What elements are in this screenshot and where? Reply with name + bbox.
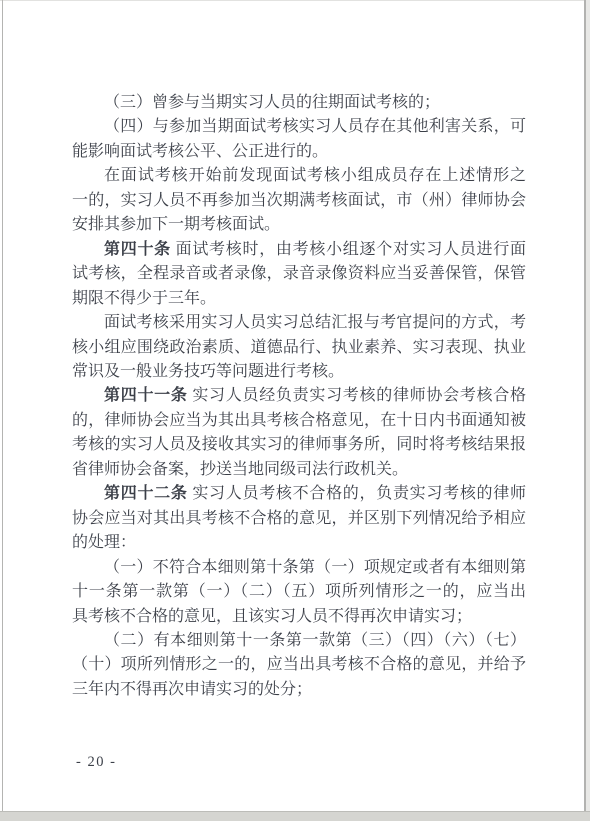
document-text: （三）曾参与当期实习人员的往期面试考核的；（四）与参加当期面试考核实习人员存在其… [72, 91, 526, 702]
text-line: 在面试考核开始前发现面试考核小组成员存在上述情形之 [72, 164, 526, 188]
text-line: 能影响面试考核公平、公正进行的。 [72, 140, 526, 164]
article-number: 第四十一条 [104, 387, 188, 404]
text-line: （四）与参加当期面试考核实习人员存在其他利害关系，可 [72, 115, 526, 139]
text-line: （十）项所列情形之一的，应当出具考核不合格的意见，并给予 [72, 653, 526, 677]
text-line: 省律师协会备案，抄送当地同级司法行政机关。 [72, 458, 526, 482]
text-line: 的，律师协会应当为其出具考核合格意见，在十日内书面通知被 [72, 409, 526, 433]
text-line: 三年内不得再次申请实习的处分； [72, 678, 526, 702]
text-line: 试考核，全程录音或者录像，录音录像资料应当妥善保管，保管 [72, 262, 526, 286]
text-line: 安排其参加下一期考核面试。 [72, 213, 526, 237]
text-line: 考核的实习人员及接收其实习的律师事务所，同时将考核结果报 [72, 433, 526, 457]
text-line: （一）不符合本细则第十条第（一）项规定或者有本细则第 [72, 556, 526, 580]
text-line: （二）有本细则第十一条第一款第（三）（四）（六）（七） [72, 629, 526, 653]
text-line: 面试考核采用实习人员实习总结汇报与考官提问的方式，考 [72, 311, 526, 335]
text-line: 常识及一般业务技巧等问题进行考核。 [72, 360, 526, 384]
article-number: 第四十二条 [104, 485, 188, 502]
scanned-document-page: { "page": { "footer": { "page_number": "… [0, 0, 590, 821]
text-line: （三）曾参与当期实习人员的往期面试考核的； [72, 91, 526, 115]
text-line: 核小组应围绕政治素质、道德品行、执业素养、实习表现、执业 [72, 336, 526, 360]
article-number: 第四十条 [104, 241, 171, 258]
text-line: 的处理： [72, 531, 526, 555]
page-edge-left [2, 0, 3, 812]
page-edge-top [0, 0, 590, 1]
page-edge-bottom [0, 811, 590, 821]
text-line: 第四十条 面试考核时，由考核小组逐个对实习人员进行面 [72, 238, 526, 262]
text-line: 十一条第一款第（一）（二）（五）项所列情形之一的，应当出 [72, 580, 526, 604]
text-line: 协会应当对其出具考核不合格的意见，并区别下列情况给予相应 [72, 507, 526, 531]
page-edge-right-fill [586, 0, 590, 812]
page-number: - 20 - [76, 754, 116, 771]
text-line: 第四十二条 实习人员考核不合格的，负责实习考核的律师 [72, 482, 526, 506]
page-edge-right [584, 0, 586, 812]
text-line: 期限不得少于三年。 [72, 287, 526, 311]
text-line: 第四十一条 实习人员经负责实习考核的律师协会考核合格 [72, 384, 526, 408]
text-line: 具考核不合格的意见，且该实习人员不得再次申请实习； [72, 605, 526, 629]
text-line: 一的，实习人员不再参加当次期满考核面试，市（州）律师协会 [72, 189, 526, 213]
